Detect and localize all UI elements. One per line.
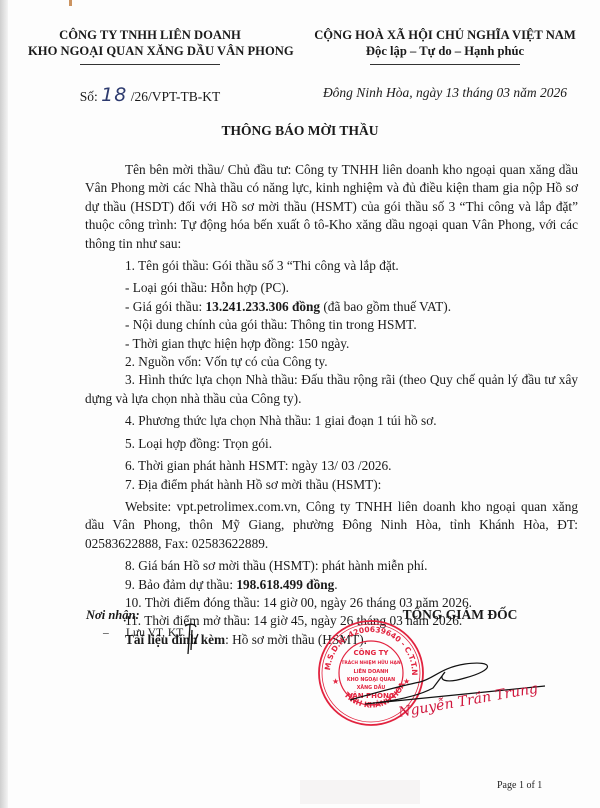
scan-mark [69,0,72,6]
bid-security-period: . [334,577,337,592]
price-value: 13.241.233.306 đồng [206,299,321,314]
item-8: 8. Giá bán Hồ sơ mời thầu (HSMT): phát h… [85,557,578,575]
national-header: CỘNG HOÀ XÃ HỘI CHỦ NGHĨA VIỆT NAM Độc l… [300,28,590,65]
recipients-label: Nơi nhận: [86,608,140,623]
package-content: - Nội dung chính của gói thầu: Thông tin… [85,316,578,334]
nation-name: CỘNG HOÀ XÃ HỘI CHỦ NGHĨA VIỆT NAM [300,28,590,44]
company-header: CÔNG TY TNHH LIÊN DOANH KHO NGOẠI QUAN X… [40,28,260,65]
package-price: - Giá gói thầu: 13.241.233.306 đồng (đã … [85,298,578,316]
document-number: Số: 18 /26/VPT-TB-KT [40,84,260,106]
company-underline [80,64,220,65]
website-address: Website: vpt.petrolimex.com.vn, Công ty … [85,498,578,553]
motto-underline [370,64,520,65]
contract-duration: - Thời gian thực hiện hợp đồng: 150 ngày… [85,335,578,353]
document-body: Tên bên mời thầu/ Chủ đầu tư: Công ty TN… [85,161,578,649]
document-title: THÔNG BÁO MỜI THẦU [0,123,600,139]
doc-number-suffix: /26/VPT-TB-KT [131,89,221,104]
recipient-item: –Lưu VT, KT. [103,627,185,639]
seal-line1: CÔNG TY [354,648,390,657]
recipient-text: Lưu VT, KT. [126,627,185,639]
bid-security-value: 198.618.499 đồng [236,577,334,592]
recipient-dash: – [103,627,126,639]
item-7: 7. Địa điểm phát hành Hồ sơ mời thầu (HS… [85,476,578,494]
item-6: 6. Thời gian phát hành HSMT: ngày 13/ 03… [85,457,578,475]
company-name-line2: KHO NGOẠI QUAN XĂNG DẦU VÂN PHONG [28,44,272,60]
motto: Độc lập – Tự do – Hạnh phúc [300,44,590,60]
item-1: 1. Tên gói thầu: Gói thầu số 3 “Thi công… [85,257,578,275]
item-2: 2. Nguồn vốn: Vốn tự có của Công ty. [85,353,578,371]
package-type: - Loại gói thầu: Hỗn hợp (PC). [85,279,578,297]
page-indicator: Page 1 of 1 [497,780,542,791]
place-date: Đông Ninh Hòa, ngày 13 tháng 03 năm 2026 [300,85,590,101]
item-4: 4. Phương thức lựa chọn Nhà thầu: 1 giai… [85,412,578,430]
intro-paragraph: Tên bên mời thầu/ Chủ đầu tư: Công ty TN… [85,161,578,253]
scan-smudge [300,780,420,804]
item-9: 9. Bảo đảm dự thầu: 198.618.499 đồng. [85,576,578,594]
bid-security-label: 9. Bảo đảm dự thầu: [125,577,236,592]
handwritten-initial-icon [182,622,200,656]
item-3: 3. Hình thức lựa chọn Nhà thầu: Đấu thầu… [85,371,578,408]
price-note: (đã bao gồm thuế VAT). [320,299,451,314]
item-5: 5. Loại hợp đồng: Trọn gói. [85,435,578,453]
svg-text:★: ★ [332,677,339,686]
scan-edge-shadow [0,0,8,808]
doc-number-handwritten: 18 [101,84,127,106]
price-label: - Giá gói thầu: [125,299,206,314]
company-name-line1: CÔNG TY TNHH LIÊN DOANH [40,28,260,44]
doc-number-prefix: Số: [80,89,98,104]
